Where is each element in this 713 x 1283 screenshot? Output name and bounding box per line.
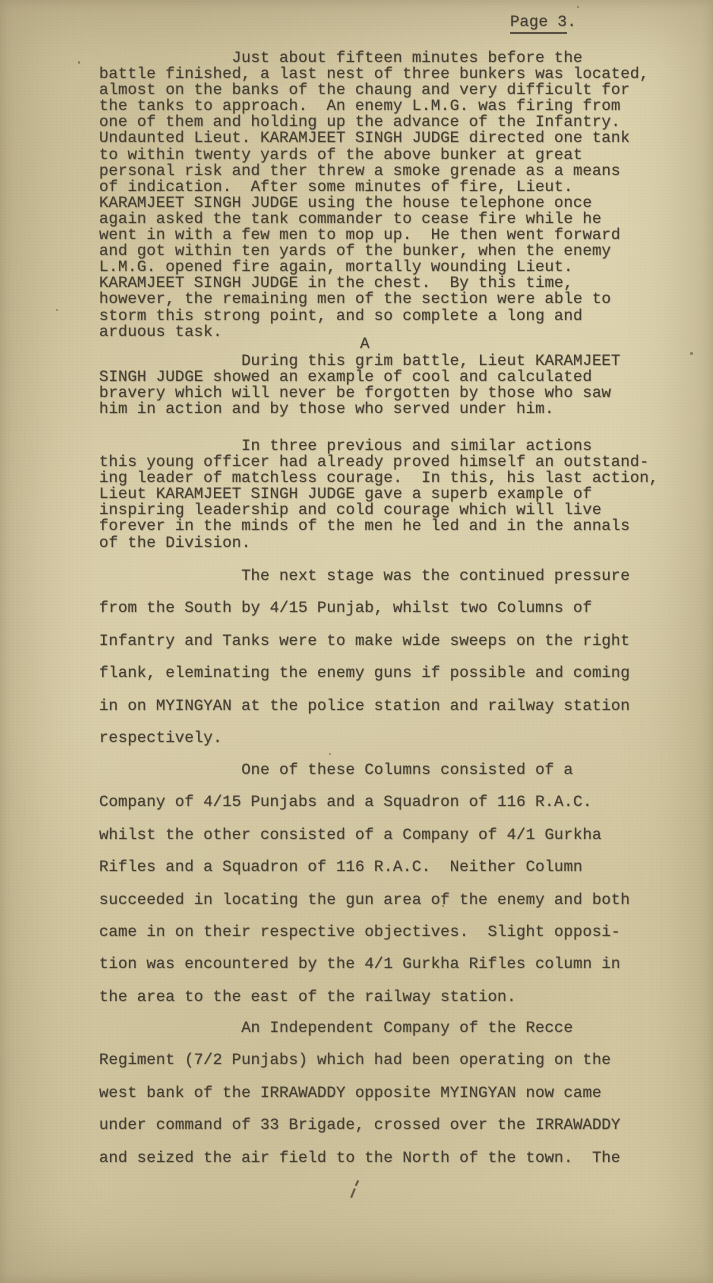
text-line: from the South by 4/15 Punjab, whilst tw… — [99, 592, 630, 624]
scan-speck — [78, 61, 80, 64]
text-line: One of these Columns consisted of a — [99, 754, 630, 786]
text-line: flank, eleminating the enemy guns if pos… — [99, 657, 630, 689]
text-line: forever in the minds of the men he led a… — [99, 518, 658, 534]
text-line: Undaunted Lieut. KARAMJEET SINGH JUDGE d… — [99, 130, 649, 146]
text-line: in on MYINGYAN at the police station and… — [99, 690, 630, 722]
text-line: storm this strong point, and so complete… — [99, 308, 649, 324]
page-number-period: . — [567, 13, 576, 31]
text-line: In three previous and similar actions — [99, 438, 658, 454]
text-line: went in with a few men to mop up. He the… — [99, 227, 649, 243]
text-line: again asked the tank commander to cease … — [99, 211, 649, 227]
text-line: under command of 33 Brigade, crossed ove… — [99, 1109, 620, 1141]
text-line: respectively. — [99, 722, 630, 754]
text-line: the area to the east of the railway stat… — [99, 981, 630, 1013]
text-line: whilst the other consisted of a Company … — [99, 819, 630, 851]
stray-pen-mark — [350, 1180, 362, 1200]
text-line: personal risk and ther threw a smoke gre… — [99, 163, 649, 179]
text-line: Lieut KARAMJEET SINGH JUDGE gave a super… — [99, 486, 658, 502]
stray-pen-mark-stroke — [355, 1180, 359, 1186]
scan-speck — [56, 309, 58, 311]
section-marker-a: A — [360, 335, 369, 353]
text-line: came in on their respective objectives. … — [99, 916, 630, 948]
paragraph-5: One of these Columns consisted of aCompa… — [99, 754, 630, 1013]
text-line: however, the remaining men of the sectio… — [99, 291, 649, 307]
text-line: battle finished, a last nest of three bu… — [99, 66, 649, 82]
text-line: Infantry and Tanks were to make wide swe… — [99, 625, 630, 657]
paragraph-6: An Independent Company of the RecceRegim… — [99, 1012, 620, 1174]
page-number: Page 3. — [510, 13, 576, 31]
paragraph-3: In three previous and similar actionsthi… — [99, 438, 658, 551]
text-line: KARAMJEET SINGH JUDGE in the chest. By t… — [99, 275, 649, 291]
text-line: of indication. After some minutes of fir… — [99, 179, 649, 195]
text-line: and seized the air field to the North of… — [99, 1142, 620, 1174]
text-line: ing leader of matchless courage. In this… — [99, 470, 658, 486]
stray-pen-mark-stroke — [350, 1188, 355, 1198]
text-line: this young officer had already proved hi… — [99, 454, 658, 470]
text-line: almost on the banks of the chaung and ve… — [99, 82, 649, 98]
text-line: tion was encountered by the 4/1 Gurkha R… — [99, 948, 630, 980]
text-line: During this grim battle, Lieut KARAMJEET — [99, 353, 620, 369]
text-line: bravery which will never be forgotten by… — [99, 385, 620, 401]
text-line: Company of 4/15 Punjabs and a Squadron o… — [99, 786, 630, 818]
scan-speck — [577, 6, 579, 8]
text-line: of the Division. — [99, 535, 658, 551]
scan-speck — [329, 753, 331, 755]
text-line: arduous task. — [99, 324, 649, 340]
text-line: Just about fifteen minutes before the — [99, 50, 649, 66]
document-page: Page 3. Just about fifteen minutes befor… — [0, 0, 713, 1283]
text-line: him in action and by those who served un… — [99, 401, 620, 417]
text-line: KARAMJEET SINGH JUDGE using the house te… — [99, 195, 649, 211]
text-line: Rifles and a Squadron of 116 R.A.C. Neit… — [99, 851, 630, 883]
paragraph-1: Just about fifteen minutes before thebat… — [99, 50, 649, 340]
text-line: The next stage was the continued pressur… — [99, 560, 630, 592]
scan-speck — [690, 352, 693, 355]
paragraph-2: During this grim battle, Lieut KARAMJEET… — [99, 353, 620, 417]
scan-speck — [421, 642, 423, 644]
text-line: and got within ten yards of the bunker, … — [99, 243, 649, 259]
page-number-text: Page 3 — [510, 13, 567, 34]
text-line: to within twenty yards of the above bunk… — [99, 147, 649, 163]
text-line: the tanks to approach. An enemy L.M.G. w… — [99, 98, 649, 114]
text-line: west bank of the IRRAWADDY opposite MYIN… — [99, 1077, 620, 1109]
text-line: L.M.G. opened fire again, mortally wound… — [99, 259, 649, 275]
text-line: An Independent Company of the Recce — [99, 1012, 620, 1044]
text-line: succeeded in locating the gun area of th… — [99, 884, 630, 916]
text-line: Regiment (7/2 Punjabs) which had been op… — [99, 1044, 620, 1076]
scan-speck — [442, 905, 444, 907]
text-line: SINGH JUDGE showed an example of cool an… — [99, 369, 620, 385]
paragraph-4: The next stage was the continued pressur… — [99, 560, 630, 754]
